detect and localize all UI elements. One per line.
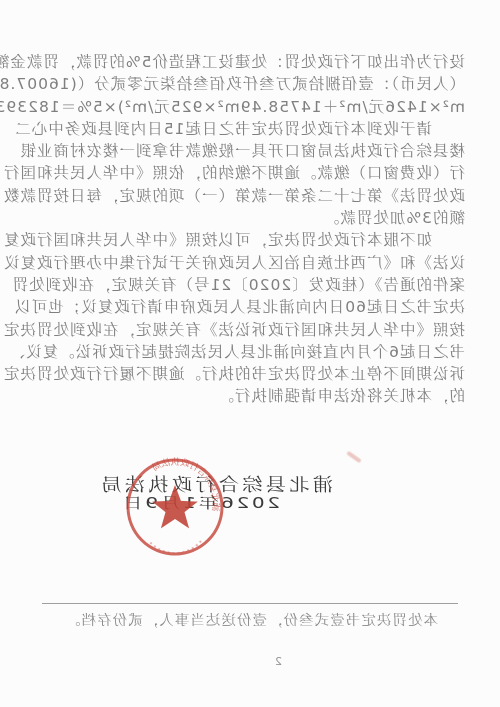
page-number: 2	[275, 655, 282, 668]
footnote: 本处罚决定书壹式叁份，壹份送达当事人，贰份存档。	[65, 610, 438, 630]
mirrored-scan-content: 设行为作出如下行政处罚：处建设工程造价5%的罚款，罚款金额（人民币）：壹佰捌拾贰…	[0, 0, 500, 707]
seal-star-icon	[152, 485, 198, 528]
document-page: 设行为作出如下行政处罚：处建设工程造价5%的罚款，罚款金额（人民币）：壹佰捌拾贰…	[0, 0, 500, 707]
official-seal: 浦北县综合行政执法局	[0, 0, 500, 707]
footnote-rule	[42, 603, 458, 604]
